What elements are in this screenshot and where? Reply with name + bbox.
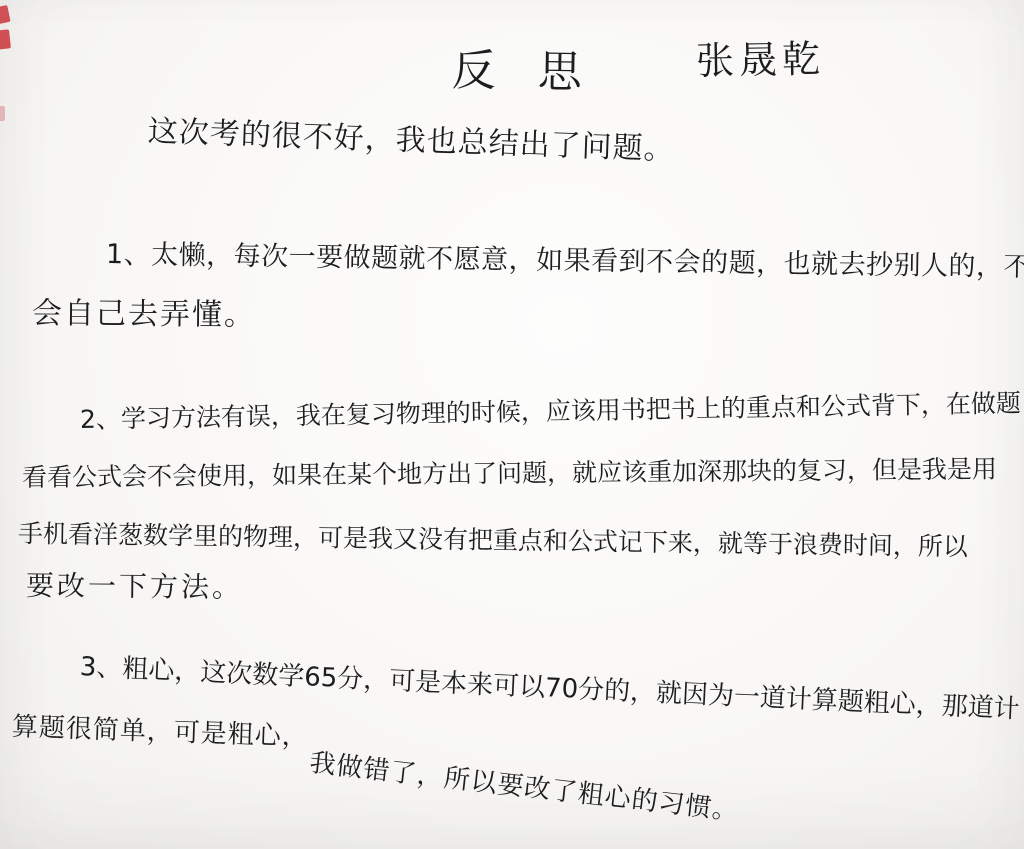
point1-line1: 1、太懒，每次一要做题就不愿意，如果看到不会的题，也就去抄别人的，不	[106, 232, 1024, 284]
point2-line1: 2、学习方法有误，我在复习物理的时候，应该用书把书上的重点和公式背下，在做题	[80, 384, 1021, 436]
document-title: 反思	[451, 34, 624, 101]
point2-line2: 看看公式会不会使用，如果在某个地方出了问题，就应该重加深那块的复习，但是我是用	[22, 449, 997, 494]
red-margin-mark	[0, 106, 5, 121]
red-margin-mark	[0, 5, 11, 24]
point2-line3: 手机看洋葱数学里的物理，可是我又没有把重点和公式记下来，就等于浪费时间，所以	[18, 514, 968, 563]
point2-line4: 要改一下方法。	[26, 564, 243, 606]
point1-line2: 会自己去弄懂。	[32, 288, 256, 334]
author-name: 张晟乾	[696, 28, 826, 85]
point3-line2: 算题很简单，可是粗心，	[11, 706, 309, 753]
handwritten-page: 反思 张晟乾 这次考的很不好，我也总结出了问题。 1、太懒，每次一要做题就不愿意…	[0, 0, 1024, 849]
intro-line: 这次考的很不好，我也总结出了问题。	[147, 106, 675, 168]
point3-line3: 我做错了，所以要改了粗心的习惯。	[308, 742, 741, 828]
red-margin-mark	[0, 29, 11, 49]
